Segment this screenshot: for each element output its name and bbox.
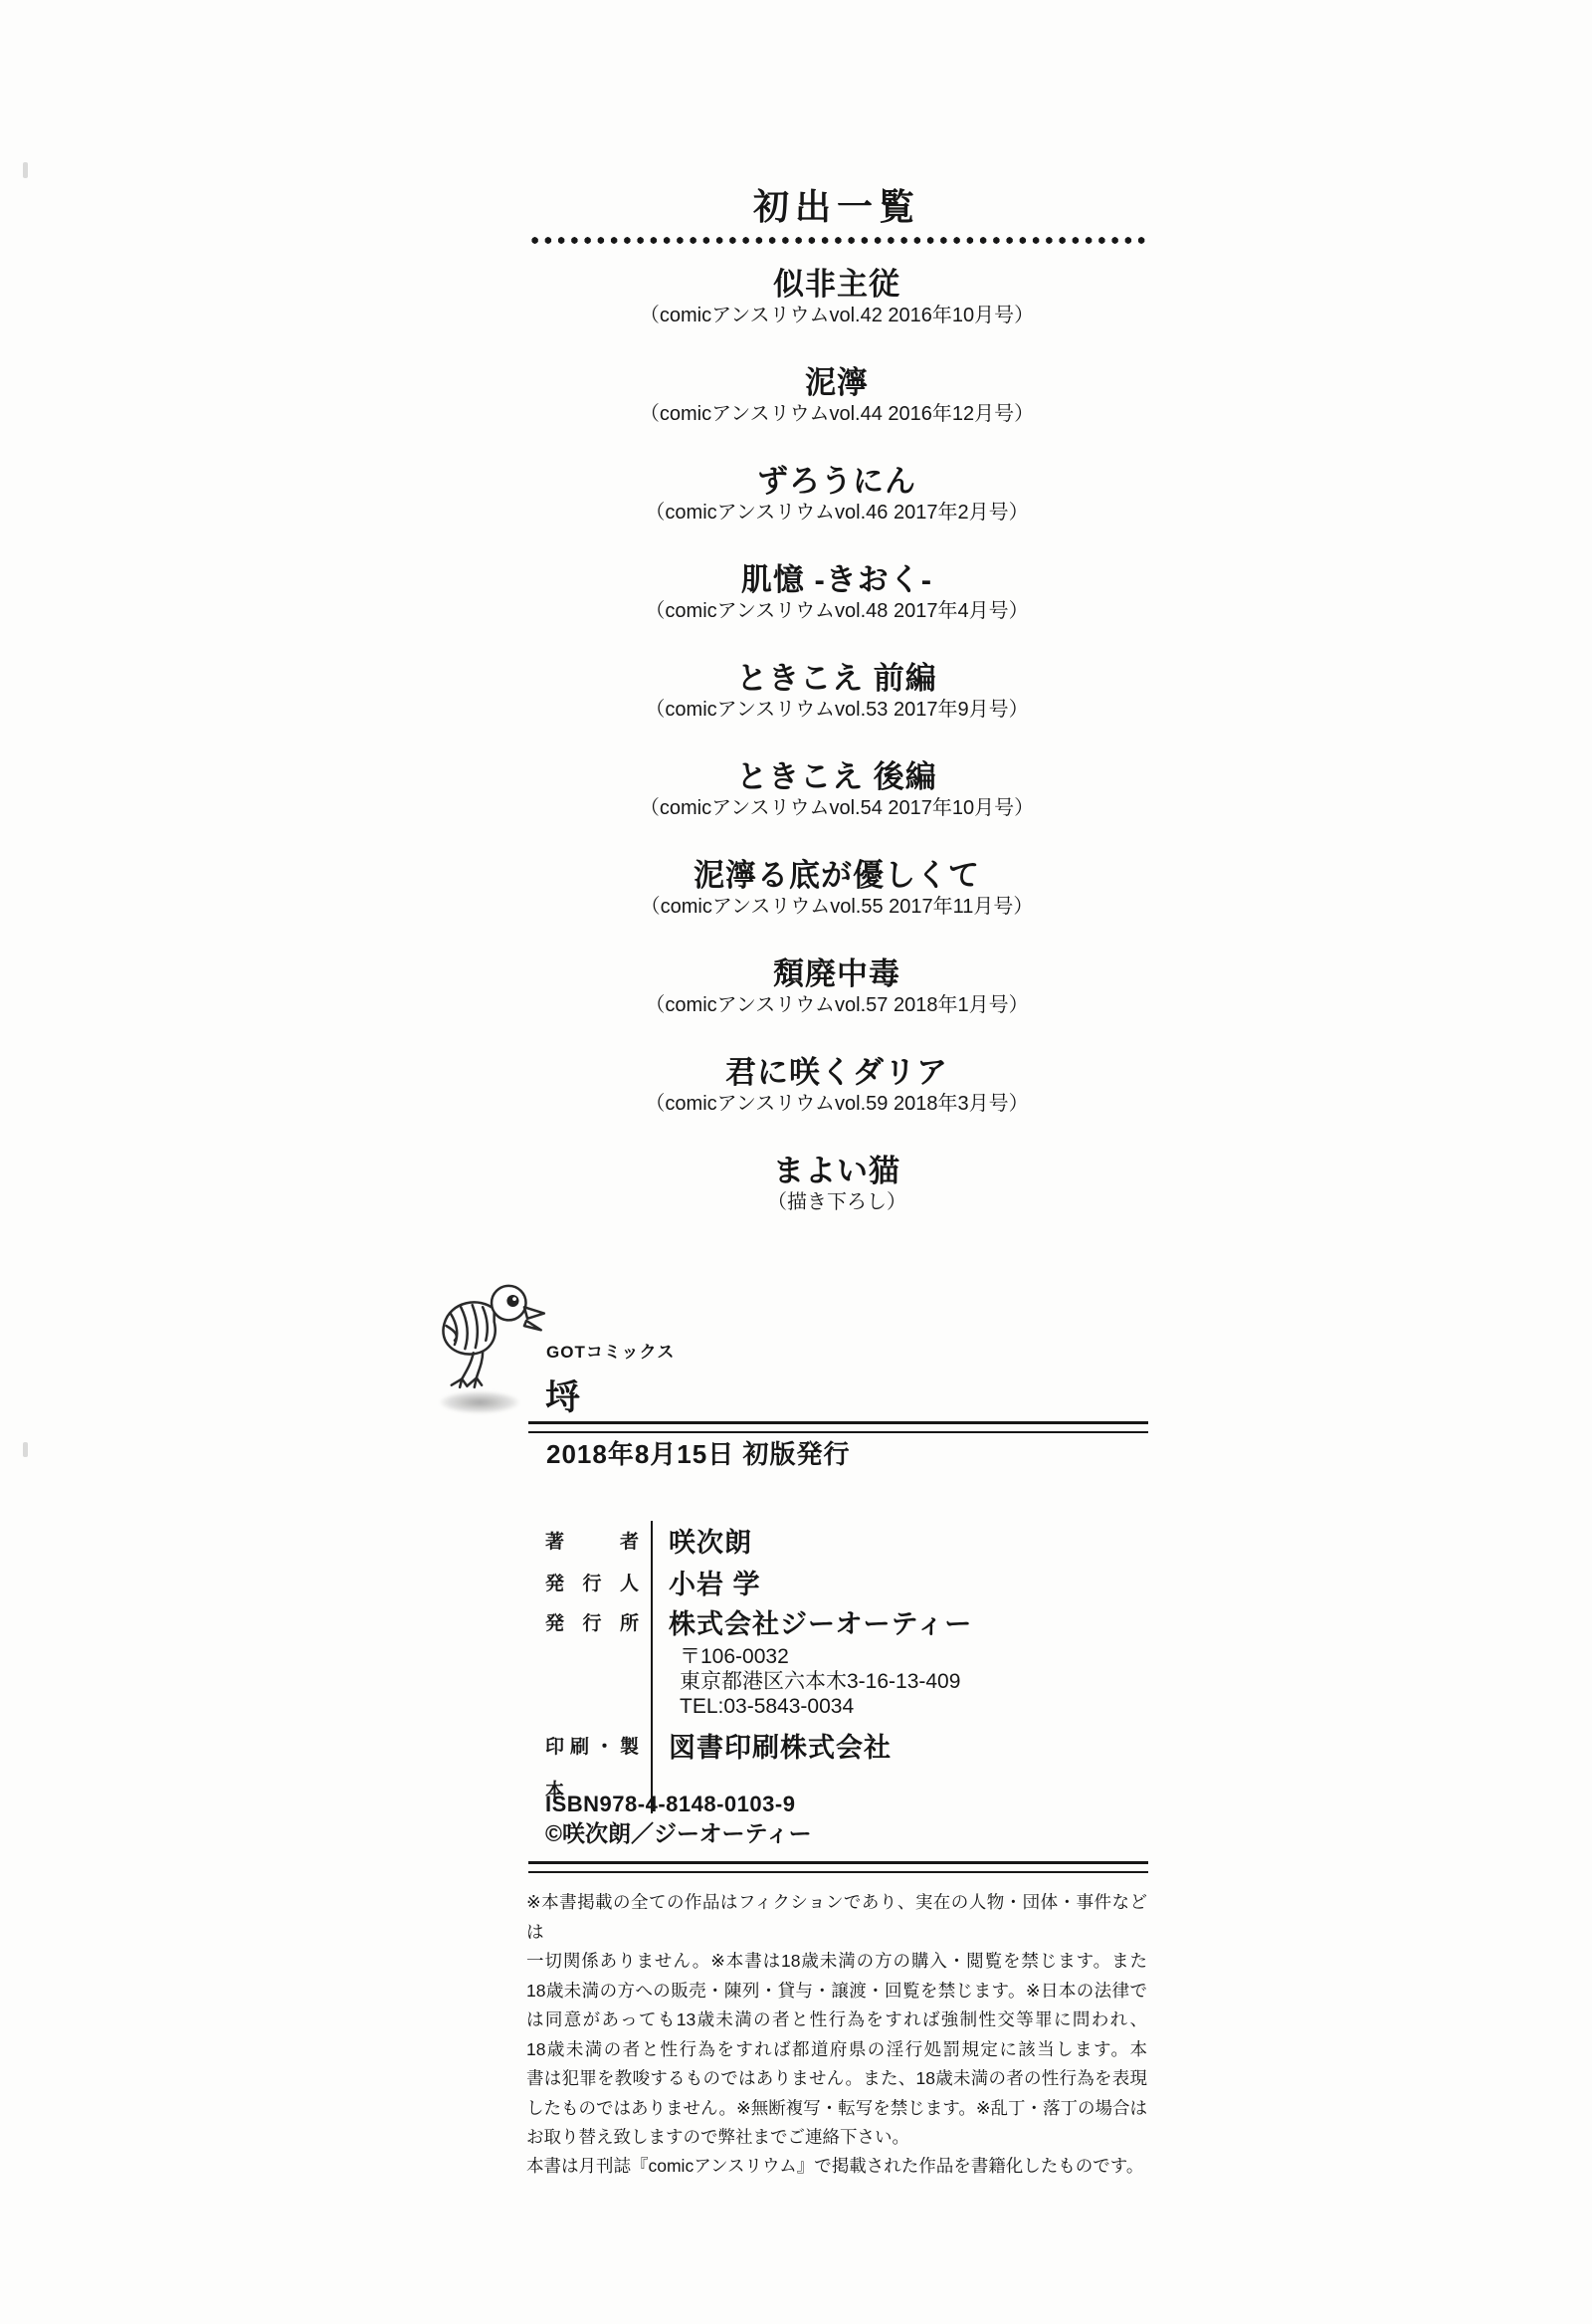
work-source: （comicアンスリウムvol.48 2017年4月号）	[527, 598, 1146, 624]
list-item: 君に咲くダリア （comicアンスリウムvol.59 2018年3月号）	[527, 1055, 1146, 1117]
list-item: まよい猫 （描き下ろし）	[527, 1154, 1146, 1215]
work-source: （comicアンスリウムvol.46 2017年2月号）	[527, 500, 1146, 526]
bird-sketch-icon	[434, 1280, 548, 1389]
list-item: ときこえ 後編 （comicアンスリウムvol.54 2017年10月号）	[527, 759, 1146, 821]
work-source: （comicアンスリウムvol.55 2017年11月号）	[527, 894, 1146, 920]
list-item: 肌憶 -きおく- （comicアンスリウムvol.48 2017年4月号）	[527, 562, 1146, 624]
legal-line: 18歳未満の方への販売・陳列・貸与・譲渡・回覧を禁じます。※日本の法律で	[526, 1977, 1147, 2007]
publisher-row: 著者 咲次朗	[545, 1521, 1043, 1565]
list-item: 頽廃中毒 （comicアンスリウムvol.57 2018年1月号）	[527, 956, 1146, 1018]
legal-line: したものではありません。※無断複写・転写を禁じます。※乱丁・落丁の場合は	[526, 2094, 1147, 2124]
legal-line: お取り替え致しますので弊社までご連絡下さい。	[526, 2123, 1147, 2153]
scan-artifact	[23, 162, 28, 178]
work-source: （comicアンスリウムvol.59 2018年3月号）	[527, 1091, 1146, 1117]
work-source: （comicアンスリウムvol.57 2018年1月号）	[527, 992, 1146, 1018]
first-publication-title: 初出一覧	[527, 185, 1146, 229]
work-source: （comicアンスリウムvol.44 2016年12月号）	[527, 401, 1146, 427]
edition-date: 2018年8月15日 初版発行	[546, 1437, 850, 1471]
imprint-label: GOTコミックス	[546, 1342, 675, 1364]
legal-line: 18歳未満の者と性行為をすれば都道府県の淫行処罰規定に該当します。本	[526, 2035, 1147, 2065]
publisher-address-line: 〒106-0032	[669, 1644, 1043, 1669]
publisher-table: 著者 咲次朗 発行人 小岩 学 発行所 株式会社ジーオーティー〒106-0032…	[545, 1521, 1043, 1813]
row-label: 発行所	[545, 1604, 639, 1719]
legal-line: 一切関係ありません。※本書は18歳未満の方の購入・閲覧を禁じます。また	[526, 1947, 1147, 1977]
work-title: 頽廃中毒	[527, 956, 1146, 992]
work-title: ときこえ 後編	[527, 759, 1146, 795]
divider-rule	[528, 1861, 1148, 1873]
legal-line: ※本書掲載の全ての作品はフィクションであり、実在の人物・団体・事件などは	[526, 1888, 1147, 1947]
copyright-line: ©咲次朗／ジーオーティー	[545, 1819, 812, 1847]
publisher-address-line: TEL:03-5843-0034	[669, 1694, 1043, 1719]
logo-shadow	[440, 1391, 519, 1413]
work-source: （comicアンスリウムvol.42 2016年10月号）	[527, 303, 1146, 328]
publisher-address-line: 東京都港区六本木3-16-13-409	[669, 1669, 1043, 1694]
work-title: 泥濘る底が優しくて	[527, 858, 1146, 894]
legal-line: 書は犯罪を教唆するものではありません。また、18歳未満の者の性行為を表現	[526, 2064, 1147, 2094]
work-source: （comicアンスリウムvol.53 2017年9月号）	[527, 697, 1146, 723]
work-title: 泥濘	[527, 365, 1146, 401]
work-title: ときこえ 前編	[527, 661, 1146, 697]
work-title: 君に咲くダリア	[527, 1055, 1146, 1091]
work-source: （comicアンスリウムvol.54 2017年10月号）	[527, 795, 1146, 821]
book-title: 埒	[545, 1377, 580, 1419]
publisher-row: 発行人 小岩 学	[545, 1565, 1043, 1604]
list-item: ずろうにん （comicアンスリウムvol.46 2017年2月号）	[527, 464, 1146, 526]
serialization-note: 本書は月刊誌『comicアンスリウム』で掲載された作品を書籍化したものです。	[526, 2152, 1163, 2182]
work-title: まよい猫	[527, 1154, 1146, 1189]
work-title: 似非主従	[527, 267, 1146, 303]
row-value: 小岩 学	[651, 1565, 1043, 1604]
work-source: （描き下ろし）	[527, 1189, 1146, 1215]
row-label: 著者	[545, 1521, 639, 1565]
legal-line: は同意があっても13歳未満の者と性行為をすれば強制性交等罪に問われ、	[526, 2006, 1147, 2035]
work-title: 肌憶 -きおく-	[527, 562, 1146, 598]
row-label: 発行人	[545, 1565, 639, 1604]
dotted-divider	[528, 236, 1146, 245]
isbn: ISBN978-4-8148-0103-9	[545, 1792, 795, 1817]
list-item: ときこえ 前編 （comicアンスリウムvol.53 2017年9月号）	[527, 661, 1146, 723]
row-value: 株式会社ジーオーティー〒106-0032東京都港区六本木3-16-13-409T…	[651, 1604, 1043, 1719]
list-item: 泥濘る底が優しくて （comicアンスリウムvol.55 2017年11月号）	[527, 858, 1146, 920]
scan-artifact	[23, 1442, 28, 1457]
list-item: 似非主従 （comicアンスリウムvol.42 2016年10月号）	[527, 267, 1146, 328]
divider-rule	[528, 1421, 1148, 1433]
work-title: ずろうにん	[527, 464, 1146, 500]
list-item: 泥濘 （comicアンスリウムvol.44 2016年12月号）	[527, 365, 1146, 427]
first-publication-list: 似非主従 （comicアンスリウムvol.42 2016年10月号） 泥濘 （c…	[527, 267, 1146, 1252]
row-value: 咲次朗	[651, 1521, 1043, 1565]
legal-disclaimer: ※本書掲載の全ての作品はフィクションであり、実在の人物・団体・事件などは一切関係…	[526, 1888, 1147, 2153]
publisher-row: 発行所 株式会社ジーオーティー〒106-0032東京都港区六本木3-16-13-…	[545, 1604, 1043, 1719]
